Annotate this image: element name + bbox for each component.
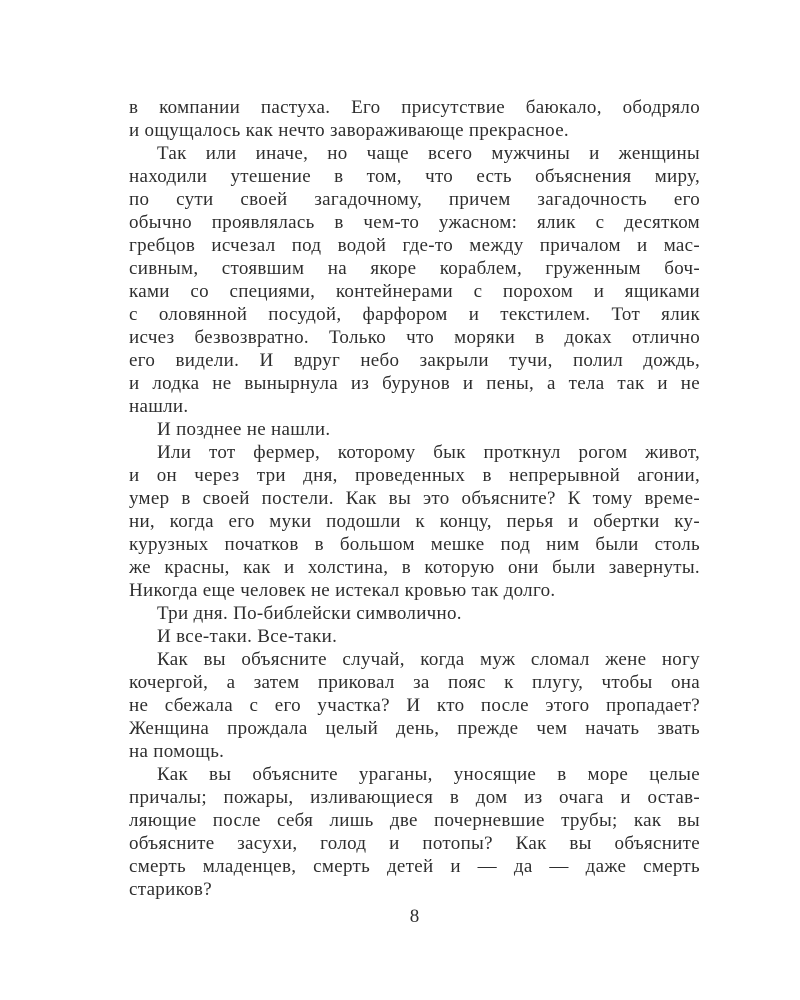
text-line: курузных початков в большом мешке под ни…	[129, 533, 700, 556]
text-line: гребцов исчезал под водой где-то между п…	[129, 234, 700, 257]
text-line: ни, когда его муки подошли к концу, перь…	[129, 510, 700, 533]
text-line: не сбежала с его участка? И кто после эт…	[129, 694, 700, 717]
text-line: и он через три дня, проведенных в непрер…	[129, 464, 700, 487]
text-line: ками со специями, контейнерами с порохом…	[129, 280, 700, 303]
text-line: и лодка не вынырнула из бурунов и пены, …	[129, 372, 700, 395]
text-line: умер в своей постели. Как вы это объясни…	[129, 487, 700, 510]
text-line: объясните засухи, голод и потопы? Как вы…	[129, 832, 700, 855]
text-line: и ощущалось как нечто завораживающе прек…	[129, 119, 700, 142]
text-line: на помощь.	[129, 740, 700, 763]
text-line: сивным, стоявшим на якоре кораблем, груж…	[129, 257, 700, 280]
text-line: кочергой, а затем приковал за пояс к плу…	[129, 671, 700, 694]
text-line: же красны, как и холстина, в которую они…	[129, 556, 700, 579]
text-line: ляющие после себя лишь две почерневшие т…	[129, 809, 700, 832]
text-line: Никогда еще человек не истекал кровью та…	[129, 579, 700, 602]
book-page: в компании пастуха. Его присутствие баюк…	[0, 0, 800, 1000]
text-line: Так или иначе, но чаще всего мужчины и ж…	[129, 142, 700, 165]
text-line: причалы; пожары, изливающиеся в дом из о…	[129, 786, 700, 809]
text-line: находили утешение в том, что есть объясн…	[129, 165, 700, 188]
text-line: по сути своей загадочному, причем загадо…	[129, 188, 700, 211]
text-line: Как вы объясните случай, когда муж слома…	[129, 648, 700, 671]
text-line: И все-таки. Все-таки.	[129, 625, 700, 648]
text-line: Или тот фермер, которому бык проткнул ро…	[129, 441, 700, 464]
text-line: Как вы объясните ураганы, уносящие в мор…	[129, 763, 700, 786]
text-line: с оловянной посудой, фарфором и текстиле…	[129, 303, 700, 326]
text-line: Три дня. По-библейски символично.	[129, 602, 700, 625]
text-line: в компании пастуха. Его присутствие баюк…	[129, 96, 700, 119]
page-number: 8	[129, 905, 700, 928]
text-line: И позднее не нашли.	[129, 418, 700, 441]
text-block: в компании пастуха. Его присутствие баюк…	[129, 96, 700, 901]
text-line: нашли.	[129, 395, 700, 418]
text-line: исчез безвозвратно. Только что моряки в …	[129, 326, 700, 349]
text-line: обычно проявлялась в чем-то ужасном: яли…	[129, 211, 700, 234]
text-line: Женщина прождала целый день, прежде чем …	[129, 717, 700, 740]
text-line: смерть младенцев, смерть детей и — да — …	[129, 855, 700, 878]
text-line: его видели. И вдруг небо закрыли тучи, п…	[129, 349, 700, 372]
text-line: стариков?	[129, 878, 700, 901]
